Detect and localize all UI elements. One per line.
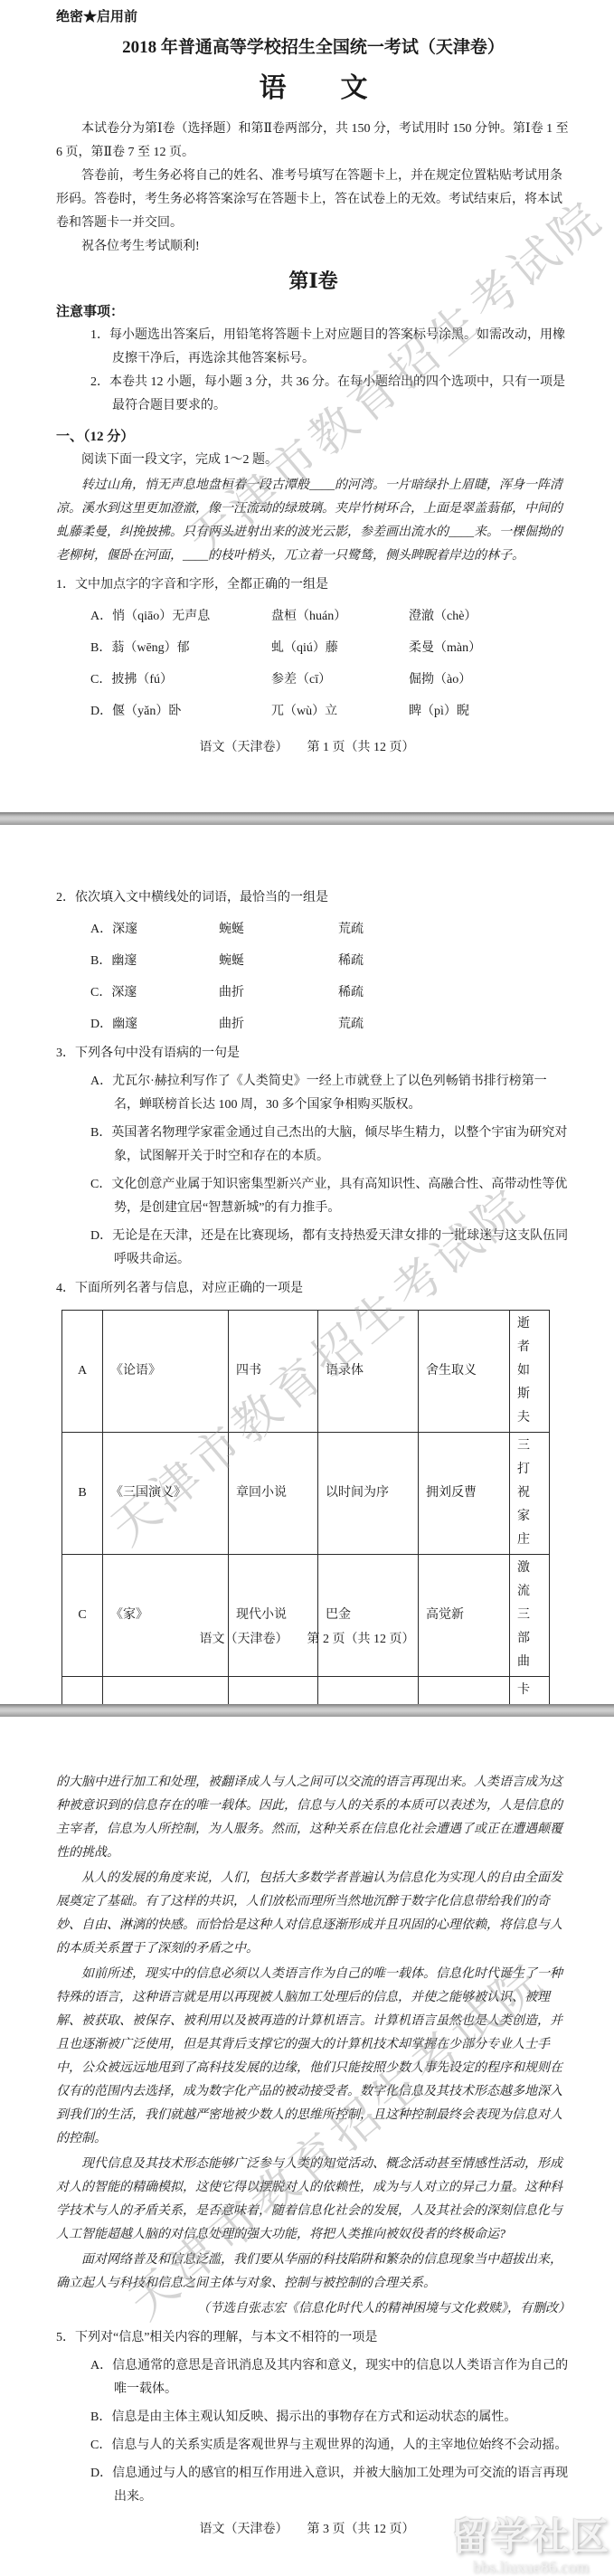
table-cell: 悲剧 xyxy=(229,1677,318,1705)
option-col: 睥（pì）睨 xyxy=(409,700,469,724)
exam-title: 2018 年普通高等学校招生全国统一考试（天津卷） xyxy=(56,36,571,60)
intro-paragraph-1: 本试卷分为第Ⅰ卷（选择题）和第Ⅱ卷两部分，共 150 分，考试用时 150 分钟… xyxy=(56,118,571,165)
option-col: 兀（wù）立 xyxy=(271,700,409,724)
page-1-footer: 语文（天津卷） 第 1 页（共 12 页） xyxy=(0,736,614,760)
table-cell: 舍生取义 xyxy=(419,1311,510,1433)
option-col: A．悄（qiāo）无声息 xyxy=(90,605,271,629)
table-cell: 文艺复兴 xyxy=(318,1677,419,1705)
question-3-option-c: C．文化创意产业属于知识密集型新兴产业，具有高知识性、高融合性、高带动性等优势，… xyxy=(114,1173,571,1220)
table-cell: 以时间为序 xyxy=(318,1433,419,1555)
question-1-stem: 1．文中加点字的字音和字形，全都正确的一组是 xyxy=(56,573,571,597)
reading-passage-2-p7: 面对网络普及和信息泛滥，我们要从华丽的科技陷阱和繁杂的信息现象当中超拔出来，确立… xyxy=(56,2249,571,2296)
question-5-stem: 5．下列对“信息”相关内容的理解，与本文不相符的一项是 xyxy=(56,2326,571,2350)
table-row: B 《三国演义》 章回小说 以时间为序 拥刘反曹 三打祝家庄 xyxy=(62,1433,550,1555)
question-3-option-a: A．尤瓦尔·赫拉利写作了《人类简史》一经上市就登上了以色列畅销书排行榜第一名，蝉… xyxy=(114,1070,571,1117)
table-cell: A xyxy=(62,1311,103,1433)
option-col: 蜿蜒 xyxy=(219,950,338,973)
intro-paragraph-2: 答卷前，考生务必将自己的姓名、准考号填写在答题卡上，并在规定位置粘贴考试用条形码… xyxy=(56,165,571,235)
table-cell: 《家》 xyxy=(103,1555,229,1677)
table-cell: 现代小说 xyxy=(229,1555,318,1677)
table-cell: 拥刘反曹 xyxy=(419,1433,510,1555)
table-row: C 《家》 现代小说 巴金 高觉新 激流三部曲 xyxy=(62,1555,550,1677)
question-4-stem: 4．下面所列名著与信息，对应正确的一项是 xyxy=(56,1277,571,1301)
question-1-option-d: D．偃（yǎn）卧 兀（wù）立 睥（pì）睨 xyxy=(90,700,571,724)
table-cell: 三打祝家庄 xyxy=(510,1433,550,1555)
table-cell: 高觉新 xyxy=(419,1555,510,1677)
page-divider xyxy=(0,1704,614,1717)
option-col: 荒疏 xyxy=(338,1013,364,1037)
table-cell: C xyxy=(62,1555,103,1677)
option-col: B．蓊（wēng）郁 xyxy=(90,637,271,660)
option-col: 稀疏 xyxy=(338,981,364,1005)
option-col: C．深邃 xyxy=(90,981,219,1005)
option-col: D．幽邃 xyxy=(90,1013,219,1037)
question-2-option-d: D．幽邃 曲折 荒疏 xyxy=(90,1013,571,1037)
question-2-stem: 2．依次填入文中横线处的词语，最恰当的一组是 xyxy=(56,886,571,910)
option-col: D．偃（yǎn）卧 xyxy=(90,700,271,724)
table-cell: 《三国演义》 xyxy=(103,1433,229,1555)
question-3-stem: 3．下列各句中没有语病的一句是 xyxy=(56,1042,571,1065)
reading-passage-2-p6: 现代信息及其技术形态能够广泛参与人类的知觉活动、概念活动甚至情感性活动，形成对人… xyxy=(56,2153,571,2247)
question-2-option-a: A．深邃 蜿蜒 荒疏 xyxy=(90,918,571,942)
page-divider xyxy=(0,812,614,825)
question-5-option-a: A．信息通常的意思是音讯消息及其内容和意义，现实中的信息以人类语言作为自己的唯一… xyxy=(114,2354,571,2401)
subject-title: 语 文 xyxy=(56,69,571,109)
page-2-footer: 语文（天津卷） 第 2 页（共 12 页） xyxy=(0,1628,614,1652)
option-col: 稀疏 xyxy=(338,950,364,973)
reading-passage-2-p4: 从人的发展的角度来说，人们，包括大多数学者普遍认为信息化为实现人的自由全面发展奠… xyxy=(56,1867,571,1961)
option-col: C．披拂（fú） xyxy=(90,668,271,692)
table-cell: 四书 xyxy=(229,1311,318,1433)
question-2-option-c: C．深邃 曲折 稀疏 xyxy=(90,981,571,1005)
page-3: 天津市教育招生考试院 的大脑中进行加工和处理，被翻译成人与人之间可以交流的语言再… xyxy=(0,1717,614,2576)
table-cell: D xyxy=(62,1677,103,1705)
question-1-option-a: A．悄（qiāo）无声息 盘桓（huán） 澄澈（chè） xyxy=(90,605,571,629)
volume1-heading: 第Ⅰ卷 xyxy=(56,266,571,297)
part1-lead: 阅读下面一段文字，完成 1～2 题。 xyxy=(56,449,571,472)
option-col: 荒疏 xyxy=(338,918,364,942)
table-row: A 《论语》 四书 语录体 舍生取义 逝者如斯夫 xyxy=(62,1311,550,1433)
question-3-option-d: D．无论是在天津，还是在比赛现场，都有支持热爱天津女排的一批球迷与这支队伍同呼吸… xyxy=(114,1225,571,1272)
option-col: B．幽邃 xyxy=(90,950,219,973)
question-2-option-b: B．幽邃 蜿蜒 稀疏 xyxy=(90,950,571,973)
table-row: D 《哈姆莱特》 悲剧 文艺复兴 莎士比亚 卡西莫多 xyxy=(62,1677,550,1705)
page-3-footer: 语文（天津卷） 第 3 页（共 12 页） xyxy=(0,2518,614,2542)
note-item-2: 2．本卷共 12 小题，每小题 3 分，共 36 分。在每小题给出的四个选项中，… xyxy=(112,371,571,418)
option-col: 澄澈（chè） xyxy=(409,605,477,629)
table-cell: B xyxy=(62,1433,103,1555)
site-watermark-url: bbs.liuxue86.com xyxy=(451,2558,610,2576)
question-5-option-c: C．信息与人的关系实质是客观世界与主观世界的沟通，人的主宰地位始终不会动摇。 xyxy=(114,2434,571,2458)
notes-title: 注意事项： xyxy=(56,300,571,324)
table-cell: 《论语》 xyxy=(103,1311,229,1433)
option-col: 曲折 xyxy=(219,1013,338,1037)
option-col: 柔曼（màn） xyxy=(409,637,481,660)
table-cell: 激流三部曲 xyxy=(510,1555,550,1677)
reading-passage-2-p3-continued: 的大脑中进行加工和处理，被翻译成人与人之间可以交流的语言再现出来。人类语言成为这… xyxy=(56,1771,571,1865)
intro-paragraph-3: 祝各位考生考试顺利! xyxy=(56,235,571,259)
table-cell: 《哈姆莱特》 xyxy=(103,1677,229,1705)
page-1: 天津市教育招生考试院 绝密★启用前 2018 年普通高等学校招生全国统一考试（天… xyxy=(0,0,614,812)
question-1-option-c: C．披拂（fú） 参差（cī） 倔拗（ào） xyxy=(90,668,571,692)
table-cell: 卡西莫多 xyxy=(510,1677,550,1705)
table-cell: 巴金 xyxy=(318,1555,419,1677)
option-col: 蜿蜒 xyxy=(219,918,338,942)
question-5-option-d: D．信息通过与人的感官的相互作用进入意识，并被大脑加工处理为可交流的语言再现出来… xyxy=(114,2462,571,2509)
passage-source-note: （节选自张志宏《信息化时代人的精神困境与文化救赎》，有删改） xyxy=(56,2297,571,2321)
option-col: 盘桓（huán） xyxy=(271,605,409,629)
option-col: 倔拗（ào） xyxy=(409,668,471,692)
security-notice: 绝密★启用前 xyxy=(56,5,571,29)
question-3-option-b: B．英国著名物理学家霍金通过自己杰出的大脑，倾尽毕生精力，以整个宇宙为研究对象，… xyxy=(114,1122,571,1169)
reading-passage-1: 转过山角，悄无声息地盘桓着一段古潭般____的河湾。一片暗绿扑上眉睫，浑身一阵清… xyxy=(56,474,571,568)
part1-heading: 一、（12 分） xyxy=(56,425,571,449)
table-cell: 逝者如斯夫 xyxy=(510,1311,550,1433)
option-col: A．深邃 xyxy=(90,918,219,942)
table-cell: 莎士比亚 xyxy=(419,1677,510,1705)
page-2: 天津市教育招生考试院 2．依次填入文中横线处的词语，最恰当的一组是 A．深邃 蜿… xyxy=(0,825,614,1704)
question-5-option-b: B．信息是由主体主观认知反映、揭示出的事物存在方式和运动状态的属性。 xyxy=(114,2406,571,2429)
exam-paper-sheet: 天津市教育招生考试院 绝密★启用前 2018 年普通高等学校招生全国统一考试（天… xyxy=(0,0,614,2576)
option-col: 虬（qiú）藤 xyxy=(271,637,409,660)
table-cell: 语录体 xyxy=(318,1311,419,1433)
note-item-1: 1．每小题选出答案后，用铅笔将答题卡上对应题目的答案标号涂黑。如需改动，用橡皮擦… xyxy=(112,324,571,371)
option-col: 参差（cī） xyxy=(271,668,409,692)
table-cell: 章回小说 xyxy=(229,1433,318,1555)
option-col: 曲折 xyxy=(219,981,338,1005)
question-1-option-b: B．蓊（wēng）郁 虬（qiú）藤 柔曼（màn） xyxy=(90,637,571,660)
reading-passage-2-p5: 如前所述，现实中的信息必须以人类语言作为自己的唯一载体。信息化时代诞生了一种特殊… xyxy=(56,1963,571,2151)
